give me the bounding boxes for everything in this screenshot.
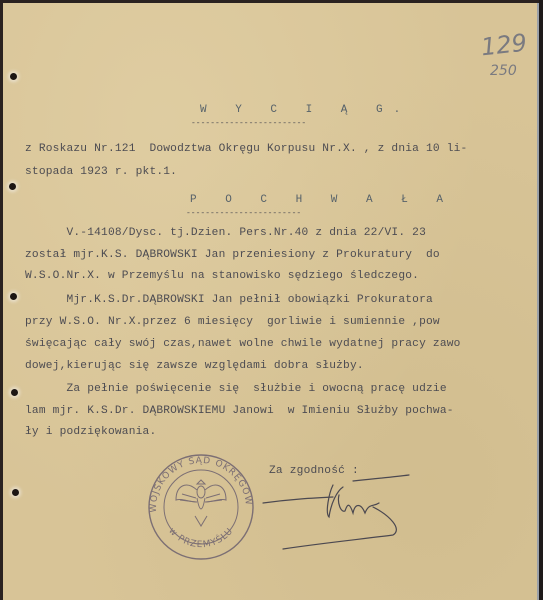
text-line: przy W.S.O. Nr.X.przez 6 miesięcy gorliw… bbox=[25, 316, 440, 328]
section-underline: ------------------------ bbox=[186, 209, 364, 218]
text-line: Mjr.K.S.Dr.DĄBROWSKI Jan pełnił obowiązk… bbox=[25, 294, 433, 306]
punch-hole bbox=[9, 183, 16, 190]
header-line-2: stopada 1923 r. pkt.1. bbox=[25, 166, 177, 178]
text-line: W.S.O.Nr.X. w Przemyślu na stanowisko sę… bbox=[25, 270, 419, 282]
stamp-bottom-text: w PRZEMYŚLU bbox=[166, 526, 235, 550]
text-line: ły i podziękowania. bbox=[25, 426, 156, 438]
archive-folio-number: 129 bbox=[480, 29, 528, 62]
scan-border bbox=[539, 0, 543, 600]
title-underline: ------------------------ bbox=[191, 119, 336, 128]
document-page: 129 250 W Y C I Ą G. -------------------… bbox=[3, 3, 539, 600]
header-line-1: z Roskazu Nr.121 Dowodztwa Okręgu Korpus… bbox=[25, 143, 467, 155]
text-line: święcając cały swój czas,nawet wolne chw… bbox=[25, 338, 461, 350]
text-line: dowej,kierując się zawsze względami dobr… bbox=[25, 360, 364, 372]
text-line: V.-14108/Dysc. tj.Dzien. Pers.Nr.40 z dn… bbox=[25, 227, 426, 239]
text-line: lam mjr. K.S.Dr. DĄBROWSKIEMU Janowi w I… bbox=[25, 405, 454, 417]
archive-page-number: 250 bbox=[490, 63, 517, 79]
signature bbox=[233, 473, 413, 553]
eagle-icon bbox=[176, 480, 226, 526]
text-line: Za pełnie poświęcenie się służbie i owoc… bbox=[25, 383, 447, 395]
section-title: P O C H W A Ł A bbox=[190, 194, 454, 206]
punch-hole bbox=[11, 389, 18, 396]
document-title: W Y C I Ą G. bbox=[200, 104, 411, 116]
punch-hole bbox=[12, 489, 19, 496]
text-line: został mjr.K.S. DĄBROWSKI Jan przeniesio… bbox=[25, 249, 440, 261]
svg-text:w PRZEMYŚLU: w PRZEMYŚLU bbox=[166, 526, 235, 550]
punch-hole bbox=[10, 293, 17, 300]
punch-hole bbox=[10, 73, 17, 80]
